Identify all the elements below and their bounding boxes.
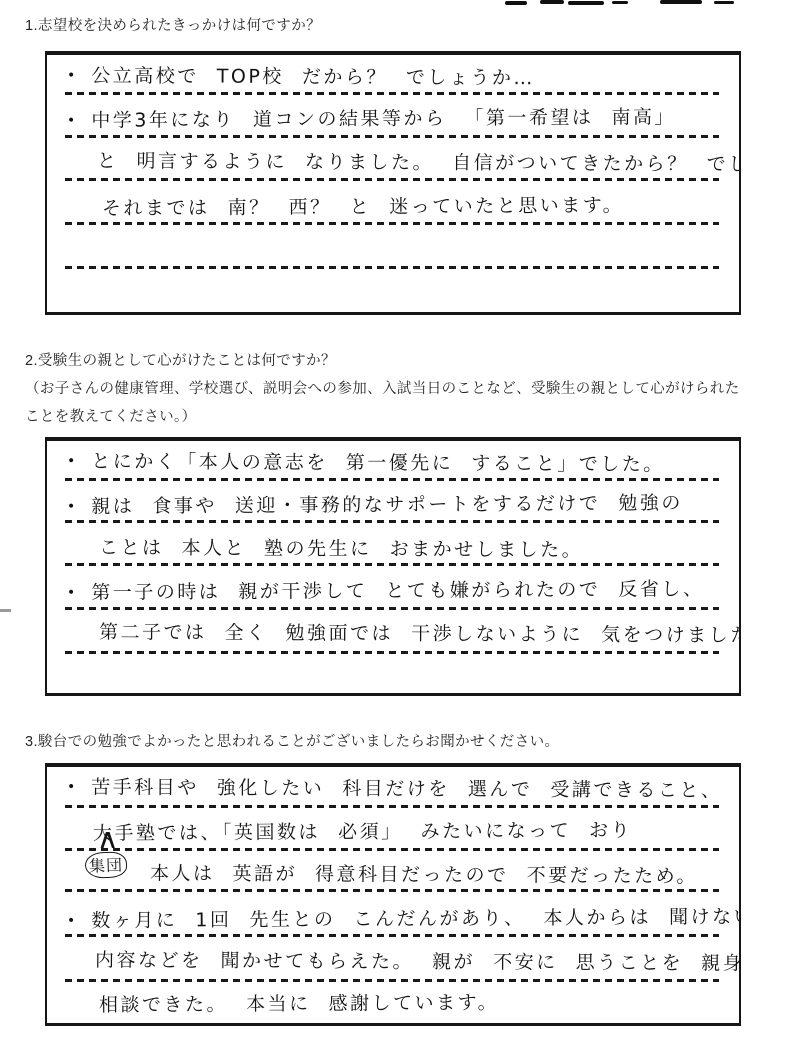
question-1-answer-box: • 公立高校で TOP校 だから？ でしょうか… • 中学3年になり 道コンの結… xyxy=(45,51,741,315)
handwritten-text: 第二子では 全く 勉強面では 干渉しないように 気をつけました。 xyxy=(99,617,741,648)
answer-line: 第二子では 全く 勉強面では 干渉しないように 気をつけました。 xyxy=(99,615,741,649)
dashed-rule xyxy=(65,222,719,225)
scan-artifact xyxy=(714,1,734,4)
scanned-questionnaire-page: 1.志望校を決められたきっかけは何ですか？ • 公立高校で TOP校 だから？ … xyxy=(0,0,800,1050)
answer-line: • 公立高校で TOP校 だから？ でしょうか… xyxy=(67,59,535,91)
question-2-note-line2: ことを教えてください。） xyxy=(25,405,197,426)
answer-line: 本人は 英語が 得意科目だったので 不要だったため。 xyxy=(150,857,698,890)
handwritten-text: ことは 本人と 塾の先生に おまかせしました。 xyxy=(99,532,583,562)
dashed-rule xyxy=(65,805,719,808)
bullet-dot: • xyxy=(67,780,75,794)
answer-line: • 中学3年になり 道コンの結果等から 「第一希望は 南高」 xyxy=(67,100,676,134)
handwritten-text: 本人は 英語が 得意科目だったので 不要だったため。 xyxy=(150,858,698,888)
bullet-dot: • xyxy=(67,914,75,928)
dashed-rule xyxy=(65,651,719,654)
answer-line: • 第一子の時は 親が干渉して とても嫌がられたので 反省し、 xyxy=(67,572,705,606)
dashed-rule xyxy=(65,135,719,138)
scan-artifact xyxy=(540,0,564,4)
handwritten-text: 苦手科目や 強化したい 科目だけを 選んで 受講できること、 xyxy=(91,772,722,802)
answer-line: • 数ヶ月に 1回 先生との こんだんがあり、 本人からは 聞けない xyxy=(67,900,741,934)
bullet-dot: • xyxy=(67,454,75,468)
handwritten-text: とにかく「本人の意志を 第一優先に すること」でした。 xyxy=(91,446,665,476)
scan-artifact xyxy=(660,0,702,4)
insertion-caret-mark: ∧ xyxy=(97,825,119,853)
question-2-label: 2.受験生の親として心がけたことは何ですか？ xyxy=(25,349,336,370)
handwritten-text: と 明言するように なりました。 自信がついてきたから？ でしょうか… xyxy=(97,146,741,177)
handwritten-text: 公立高校で TOP校 だから？ でしょうか… xyxy=(91,60,535,89)
scan-artifact-left xyxy=(0,609,11,612)
scan-artifact xyxy=(568,1,604,5)
question-3-answer-box: • 苦手科目や 強化したい 科目だけを 選んで 受講できること、 大手塾では、「… xyxy=(45,763,741,1026)
dashed-rule xyxy=(65,520,719,523)
bullet-dot: • xyxy=(67,586,75,600)
dashed-rule xyxy=(65,478,719,481)
question-3-label: 3.駿台での勉強でよかったと思われることがございましたらお聞かせください。 xyxy=(25,730,559,751)
question-2-answer-box: • とにかく「本人の意志を 第一優先に すること」でした。 • 親は 食事や 送… xyxy=(45,437,741,696)
insertion-word: 集団 xyxy=(85,851,128,878)
answer-line: • とにかく「本人の意志を 第一優先に すること」でした。 xyxy=(67,444,665,477)
handwritten-text: 中学3年になり 道コンの結果等から 「第一希望は 南高」 xyxy=(91,102,676,133)
handwritten-text: それまでは 南？ 西？ と 迷っていたと思います。 xyxy=(102,190,624,220)
answer-line: それまでは 南？ 西？ と 迷っていたと思います。 xyxy=(102,188,624,221)
handwritten-text: 内容などを 聞かせてもらえた。 親が 不安に 思うことを 親身に xyxy=(95,945,741,976)
bullet-dot: • xyxy=(67,500,75,514)
answer-line: ことは 本人と 塾の先生に おまかせしました。 xyxy=(99,531,583,564)
question-2-note-line1: （お子さんの健康管理、学校選び、説明会への参加、入試当日のことなど、受験生の親と… xyxy=(25,377,740,398)
handwritten-text: 大手塾では、「英国数は 必須」 みたいになって おり xyxy=(93,815,632,845)
bullet-dot: • xyxy=(67,69,75,83)
question-1-label: 1.志望校を決められたきっかけは何ですか？ xyxy=(25,14,321,35)
answer-line: 内容などを 聞かせてもらえた。 親が 不安に 思うことを 親身に xyxy=(95,943,741,977)
answer-line: • 親は 食事や 送迎・事務的なサポートをするだけで 勉強の xyxy=(67,486,683,520)
answer-line: と 明言するように なりました。 自信がついてきたから？ でしょうか… xyxy=(97,144,741,178)
dashed-rule xyxy=(65,607,719,610)
answer-line: 大手塾では、「英国数は 必須」 みたいになって おり xyxy=(93,813,632,846)
dashed-rule xyxy=(65,889,719,892)
handwritten-text: 親は 食事や 送迎・事務的なサポートをするだけで 勉強の xyxy=(91,488,683,519)
dashed-rule xyxy=(65,266,719,269)
handwritten-text: 数ヶ月に 1回 先生との こんだんがあり、 本人からは 聞けない xyxy=(91,901,741,932)
dashed-rule xyxy=(65,979,719,982)
handwritten-text: 相談できた。 本当に 感謝しています。 xyxy=(99,987,499,1016)
bullet-dot: • xyxy=(67,114,75,128)
dashed-rule xyxy=(65,178,719,181)
dashed-rule xyxy=(65,934,719,937)
dashed-rule xyxy=(65,848,719,851)
scan-artifact xyxy=(612,1,628,4)
dashed-rule xyxy=(65,92,719,95)
answer-line: 相談できた。 本当に 感謝しています。 xyxy=(99,986,499,1018)
scan-artifact xyxy=(505,1,527,5)
handwritten-text: 第一子の時は 親が干渉して とても嫌がられたので 反省し、 xyxy=(91,574,704,605)
dashed-rule xyxy=(65,563,719,566)
answer-line: • 苦手科目や 強化したい 科目だけを 選んで 受講できること、 xyxy=(67,770,723,803)
